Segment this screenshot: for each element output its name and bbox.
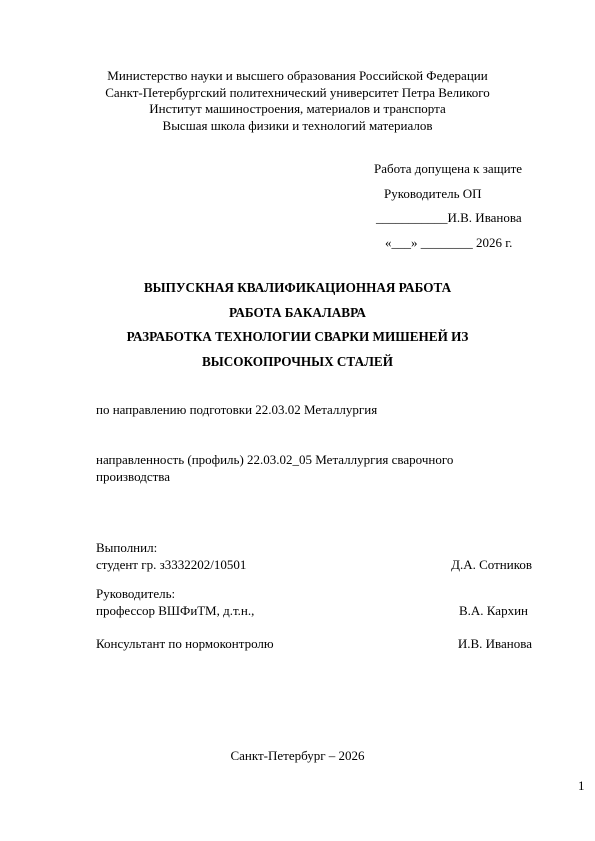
profile-text: направленность (профиль) 22.03.02_05 Мет…	[96, 452, 496, 485]
organization-header: Министерство науки и высшего образования…	[0, 68, 595, 135]
performer-label: Выполнил:	[96, 540, 532, 557]
approval-signature-line: ___________И.В. Иванова	[374, 206, 522, 231]
supervisor-block: Руководитель: профессор ВШФиТМ, д.т.н., …	[96, 586, 532, 619]
work-type-title: ВЫПУСКНАЯ КВАЛИФИКАЦИОННАЯ РАБОТА	[0, 276, 595, 301]
school-line: Высшая школа физики и технологий материа…	[0, 118, 595, 135]
page-number: 1	[578, 778, 585, 794]
approval-block: Работа допущена к защите Руководитель ОП…	[374, 157, 522, 255]
university-line: Санкт-Петербургский политехнический унив…	[0, 85, 595, 102]
supervisor-name: В.А. Кархин	[459, 603, 528, 620]
topic-title-line-2: ВЫСОКОПРОЧНЫХ СТАЛЕЙ	[0, 350, 595, 375]
performer-position: студент гр. з3332202/10501	[96, 557, 246, 572]
direction-text: по направлению подготовки 22.03.02 Метал…	[96, 402, 516, 419]
topic-title-line-1: РАЗРАБОТКА ТЕХНОЛОГИИ СВАРКИ МИШЕНЕЙ ИЗ	[0, 325, 595, 350]
supervisor-position: профессор ВШФиТМ, д.т.н.,	[96, 603, 254, 618]
consultant-position: Консультант по нормоконтролю	[96, 636, 274, 651]
institute-line: Институт машиностроения, материалов и тр…	[0, 101, 595, 118]
title-block: ВЫПУСКНАЯ КВАЛИФИКАЦИОННАЯ РАБОТА РАБОТА…	[0, 276, 595, 374]
supervisor-label: Руководитель:	[96, 586, 532, 603]
approval-role: Руководитель ОП	[374, 182, 522, 207]
approval-date-line: «___» ________ 2026 г.	[374, 231, 522, 256]
approval-admitted: Работа допущена к защите	[374, 157, 522, 182]
degree-title: РАБОТА БАКАЛАВРА	[0, 301, 595, 326]
performer-block: Выполнил: студент гр. з3332202/10501 Д.А…	[96, 540, 532, 573]
consultant-name: И.В. Иванова	[458, 636, 532, 653]
performer-name: Д.А. Сотников	[451, 557, 532, 574]
ministry-line: Министерство науки и высшего образования…	[0, 68, 595, 85]
consultant-block: Консультант по нормоконтролю И.В. Иванов…	[96, 636, 532, 653]
city-year: Санкт-Петербург – 2026	[0, 748, 595, 764]
